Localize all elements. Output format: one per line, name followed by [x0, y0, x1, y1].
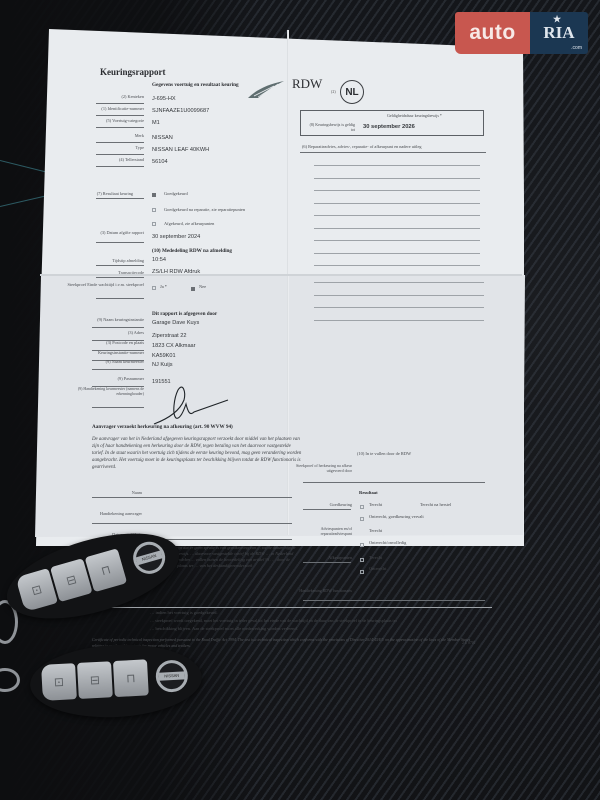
- rdw-result-label-0: Goedkeuring: [276, 503, 352, 507]
- rdw-result-option: Onterecht/onvolledig: [369, 541, 406, 545]
- underline: [303, 509, 351, 510]
- star-icon: ★: [553, 14, 561, 25]
- underline: [96, 265, 144, 266]
- date-value: 30 september 2024: [152, 235, 200, 241]
- underline: [96, 142, 144, 143]
- nissan-emblem-text: NISSAN: [136, 550, 163, 565]
- document-title: Keuringsrapport: [100, 68, 166, 77]
- country-badge: NL: [340, 80, 364, 104]
- underline: [92, 369, 144, 370]
- issuer-field-label: (9) Pasnummer: [58, 377, 144, 382]
- country-code-label: (2): [331, 90, 336, 94]
- appeal-field-signature: Handtekening aanvrager: [68, 511, 142, 516]
- validity-label: (8) Keuringsbewijs is geldig tot: [307, 122, 355, 132]
- watermark-auto: auto: [455, 12, 530, 54]
- rdw-result-option: Terecht: [369, 503, 382, 507]
- checkbox: [360, 570, 364, 574]
- issuer-field-label: (9) Naam keuringsinstantie: [58, 318, 144, 323]
- checkbox-goedgekeurd-na-reparatie: [152, 208, 156, 212]
- result-option-2: Afgekeurd, zie afkeurpunten: [164, 222, 214, 226]
- section-heading-issued-by: Dit rapport is afgegeven door: [152, 312, 217, 317]
- blank-line: [314, 307, 484, 308]
- footer-divider: [92, 607, 492, 608]
- rdw-result-label-1: Adviespunten en/of reparatieadviespunt: [296, 526, 352, 536]
- checkbox-afgekeurd: [152, 222, 156, 226]
- footer-line-0: … indien het voertuig is goedgekeurd.: [150, 611, 218, 615]
- fob-unlock-button-icon: ⊡: [41, 663, 77, 701]
- underline: [92, 327, 144, 328]
- fob-trunk-button-icon: ⊓: [113, 659, 149, 697]
- appeal-text: De aanvrager van het in Nederland afgege…: [92, 436, 302, 471]
- fob-trunk-button-icon: ⊓: [85, 548, 128, 592]
- underline: [300, 152, 486, 153]
- underline: [96, 298, 144, 299]
- issuer-field-label: (3) Postcode en plaats: [58, 341, 144, 346]
- field-value: M1: [152, 121, 160, 127]
- issuer-field-label: (9) Naam keurmeester: [58, 360, 144, 365]
- underline: [96, 103, 144, 104]
- underline: [303, 482, 485, 483]
- footer-line-1: … steekproef wordt toegekend, moet het v…: [150, 619, 397, 623]
- blank-line: [314, 253, 480, 254]
- blank-line: [314, 265, 480, 266]
- field-value: NISSAN: [152, 136, 173, 142]
- repairs-heading: (6) Reparatieadvies, advies-, reparatie-…: [302, 145, 422, 149]
- blank-line: [314, 215, 480, 216]
- time-value: 10:54: [152, 258, 166, 264]
- field-value: 56104: [152, 160, 168, 166]
- rdw-result-option: Terecht na herstel: [420, 503, 451, 507]
- field-label: Type: [58, 146, 144, 151]
- section-heading-vehicle: Gegevens voertuig en resultaat keuring: [152, 83, 239, 88]
- blank-line: [314, 282, 484, 283]
- issuer-field-value: NJ Kuijs: [152, 363, 173, 369]
- spot-check-yes: Ja *: [160, 285, 167, 289]
- issuer-field-value: 1823 CX Alkmaar: [152, 344, 196, 350]
- rdw-result-option: Onterecht: [369, 567, 386, 571]
- rdw-result-option: Onterecht, goedkeuring vervalt: [369, 515, 424, 519]
- nissan-emblem-icon: NISSAN: [129, 538, 169, 578]
- field-value: J-695-HX: [152, 97, 176, 103]
- underline: [96, 166, 144, 167]
- rdw-result-option: Terecht: [369, 556, 382, 560]
- underline: [303, 600, 485, 601]
- validity-heading: Geldigheidsduur keuringsbewijs *: [387, 114, 442, 118]
- underline: [96, 277, 144, 278]
- appeal-field-name: Naam: [68, 491, 142, 495]
- issuer-field-value: Garage Dave Kuys: [152, 321, 199, 327]
- rdw-logo-text: RDW: [292, 77, 322, 90]
- watermark-ria-text: RIA: [543, 23, 574, 43]
- underline: [96, 154, 144, 155]
- field-label: (4) Tellerstand: [58, 158, 144, 163]
- field-value: SJNFAAZE1U0099687: [152, 109, 209, 115]
- watermark-ria: ★ RIA .com: [530, 12, 588, 54]
- underline: [96, 242, 144, 243]
- watermark-com: .com: [571, 45, 582, 51]
- checkbox-goedgekeurd: [152, 193, 156, 197]
- checkbox: [360, 543, 364, 547]
- country-badge-text: NL: [345, 87, 358, 98]
- checkbox: [360, 505, 364, 509]
- blank-line: [314, 203, 480, 204]
- rdw-signature-label: Handtekening RDW functionaris: [296, 588, 352, 593]
- validity-box: Geldigheidsduur keuringsbewijs * (8) Keu…: [300, 110, 484, 136]
- result-heading: Resultaat: [359, 491, 378, 496]
- transaction-label: Transactiecode: [58, 271, 144, 275]
- nissan-emblem-icon: NISSAN: [155, 659, 189, 693]
- underline: [92, 523, 292, 524]
- issuer-field-label: (9) Handtekening keurmeester (namens de …: [58, 387, 144, 396]
- fob-lock-button-icon: ⊟: [77, 661, 113, 699]
- checkbox-spot-check-no: [191, 287, 195, 291]
- field-label: (2) Kenteken: [58, 95, 144, 100]
- nissan-emblem-text: NISSAN: [159, 671, 185, 680]
- rdw-section-heading: (10) In te vullen door de RDW: [357, 452, 411, 456]
- rdw-result-option: Terecht: [369, 529, 382, 533]
- field-label: (1) Identificatie-nummer: [58, 107, 144, 112]
- underline: [92, 407, 144, 408]
- underline: [96, 127, 144, 128]
- date-label: (3) Datum afgifte rapport: [58, 230, 144, 235]
- checkbox-spot-check-yes: [152, 286, 156, 290]
- time-label: Tijdstip afmelding: [58, 259, 144, 263]
- blank-line: [314, 320, 484, 321]
- blank-line: [314, 240, 480, 241]
- validity-value: 30 september 2026: [363, 125, 415, 131]
- underline: [96, 115, 144, 116]
- result-option-0: Goedgekeurd: [164, 192, 188, 196]
- rdw-feather-logo-icon: [244, 78, 286, 100]
- underline: [92, 497, 292, 498]
- checkbox: [360, 558, 364, 562]
- spot-check-no: Nee: [199, 285, 206, 289]
- autoria-watermark: auto ★ RIA .com: [455, 12, 588, 54]
- section-heading-rdw: (10) Mededeling RDW na afmelding: [152, 249, 232, 254]
- underline: [96, 198, 144, 199]
- issuer-field-label: Keuringsinstantie-nummer: [58, 351, 144, 356]
- blank-line: [314, 295, 484, 296]
- field-value: NISSAN LEAF 40KWH: [152, 148, 209, 154]
- result-option-1: Goedgekeurd na reparatie, zie reparatiep…: [164, 208, 245, 212]
- inspector-signature: [150, 380, 230, 428]
- checkbox: [360, 517, 364, 521]
- field-label: (5) Voertuig-categorie: [58, 119, 144, 124]
- blank-line: [314, 178, 480, 179]
- form-code: 2 E 0701: [462, 642, 476, 646]
- result-label: (7) Resultaat keuring: [58, 192, 133, 196]
- appeal-heading: Aanvrager verzoekt herkeuring na afkeuri…: [92, 425, 233, 430]
- issuer-field-label: (3) Adres: [58, 331, 144, 336]
- blank-line: [314, 190, 480, 191]
- rdw-spot-label: Steekproef of herkeuring na afkeur uitge…: [296, 463, 352, 473]
- blank-line: [314, 165, 480, 166]
- field-label: Merk: [58, 134, 144, 139]
- issuer-field-value: KA59K01: [152, 354, 176, 360]
- blank-line: [314, 228, 480, 229]
- issuer-field-value: Ziperstraat 22: [152, 334, 187, 340]
- spot-check-label: Steekproef Einde wachttijd i.v.m. steekp…: [58, 282, 144, 287]
- underline: [303, 562, 351, 563]
- footer-line-2: … beschikking blijven. Aan de steekproef…: [150, 627, 298, 631]
- transaction-value: ZS/LH RDW Afdruk: [152, 270, 200, 276]
